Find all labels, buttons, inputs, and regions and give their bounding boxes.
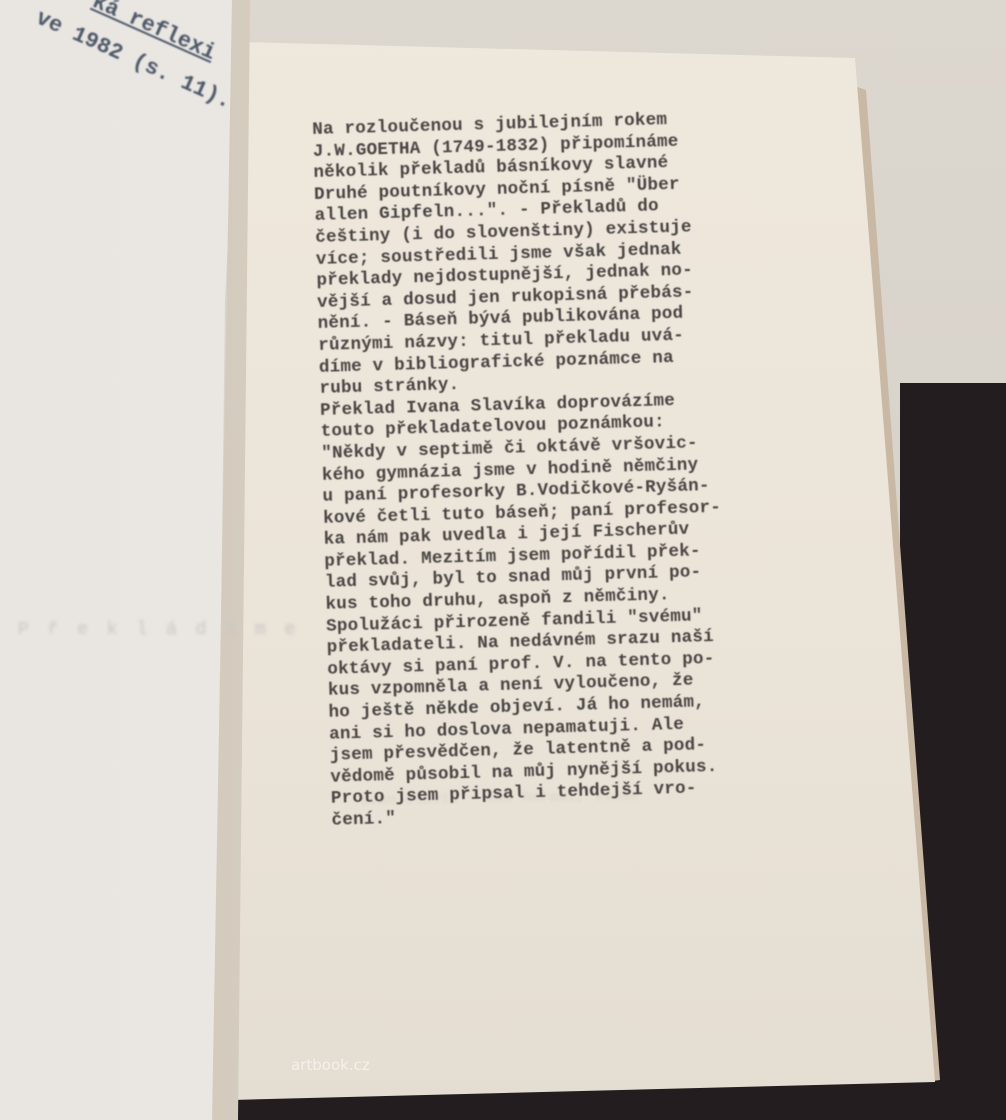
watermark: artbook.cz — [291, 1056, 370, 1074]
left-page-faint-heading: P ř e k l á d á m e — [18, 620, 299, 640]
typewritten-text-block: Na rozloučenou s jubilejním rokemJ.W.GOE… — [312, 109, 730, 832]
photo-scene: ká reflexi ve 1982 (s. 11). P ř e k l á … — [0, 0, 1006, 1120]
